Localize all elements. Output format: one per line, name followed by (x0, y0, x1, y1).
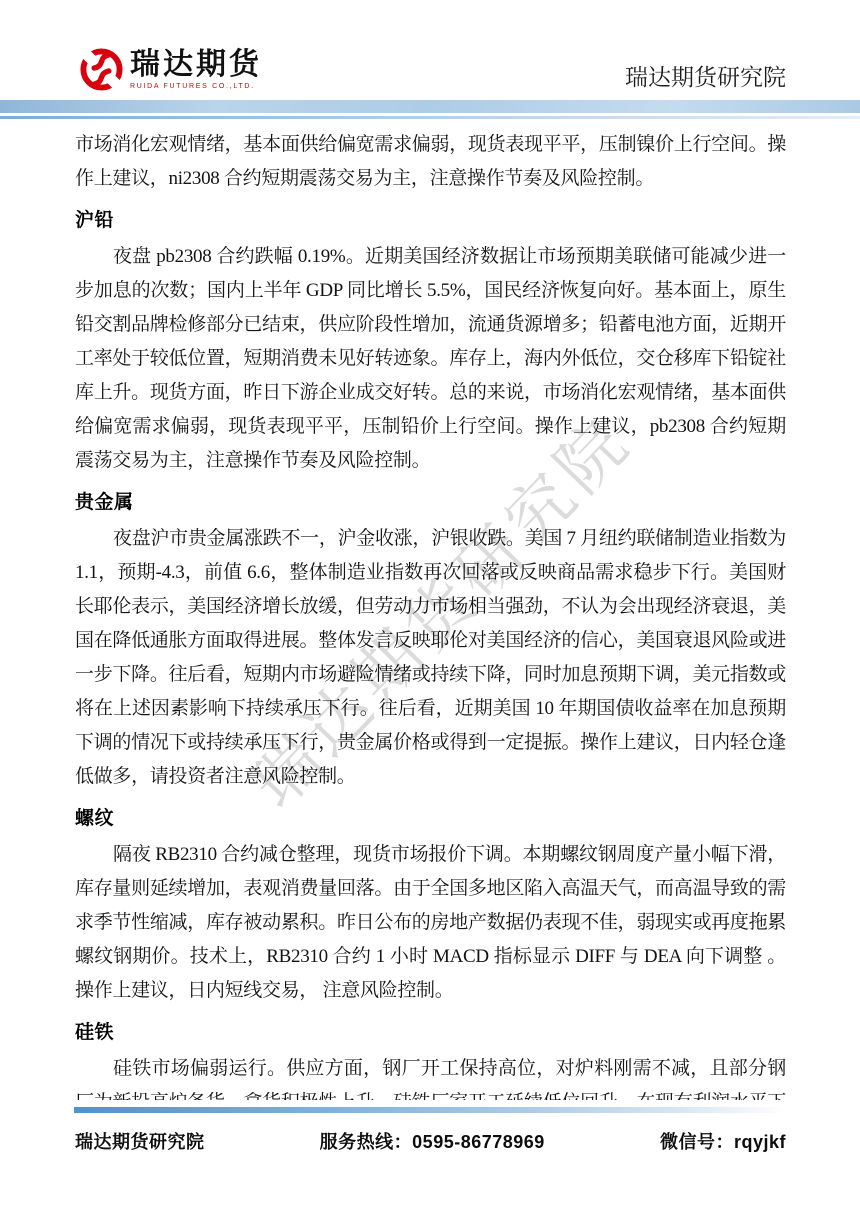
section-shanghai-lead: 沪铅 夜盘 pb2308 合约跌幅 0.19%。近期美国经济数据让市场预期美联储… (75, 207, 786, 478)
paragraph: 市场消化宏观情绪，基本面供给偏宽需求偏弱，现货表现平平，压制镍价上行空间。操作上… (75, 128, 786, 196)
ruida-futures-logo-icon (78, 46, 125, 93)
footer-hotline-label: 服务热线： (320, 1132, 413, 1152)
company-logo: 瑞达期货 RUIDA FUTURES CO.,LTD. (78, 46, 262, 93)
section-rebar: 螺纹 隔夜 RB2310 合约减仓整理，现货市场报价下调。本期螺纹钢周度产量小幅… (75, 805, 786, 1008)
footer-wechat-label: 微信号： (660, 1132, 734, 1152)
paragraph: 夜盘沪市贵金属涨跌不一，沪金收涨，沪银收跌。美国 7 月纽约联储制造业指数为 1… (75, 522, 786, 794)
footer-hotline: 服务热线：0595-86778969 (320, 1128, 545, 1154)
report-body: 市场消化宏观情绪，基本面供给偏宽需求偏弱，现货表现平平，压制镍价上行空间。操作上… (0, 119, 860, 1188)
footer-wechat: 微信号：rqyjkf (660, 1128, 786, 1154)
logo-company-subtitle: RUIDA FUTURES CO.,LTD. (130, 83, 262, 90)
footer-row: 瑞达期货研究院 服务热线：0595-86778969 微信号：rqyjkf (0, 1113, 860, 1154)
document-page: 瑞达期货 RUIDA FUTURES CO.,LTD. 瑞达期货研究院 瑞达期货… (0, 0, 860, 1217)
section-heading: 螺纹 (75, 805, 786, 833)
footer-wechat-id: rqyjkf (734, 1132, 786, 1152)
section-heading: 贵金属 (75, 489, 786, 517)
page-footer: 瑞达期货研究院 服务热线：0595-86778969 微信号：rqyjkf (0, 1100, 860, 1217)
header-divider-bar (0, 100, 860, 113)
paragraph: 隔夜 RB2310 合约减仓整理，现货市场报价下调。本期螺纹钢周度产量小幅下滑，… (75, 838, 786, 1008)
page-header: 瑞达期货 RUIDA FUTURES CO.,LTD. 瑞达期货研究院 (0, 0, 860, 95)
section-nickel-continuation: 市场消化宏观情绪，基本面供给偏宽需求偏弱，现货表现平平，压制镍价上行空间。操作上… (75, 128, 786, 196)
logo-company-name: 瑞达期货 (130, 49, 262, 81)
footer-institute: 瑞达期货研究院 (75, 1128, 205, 1154)
section-heading: 沪铅 (75, 207, 786, 235)
section-heading: 硅铁 (75, 1019, 786, 1047)
footer-hotline-number: 0595-86778969 (412, 1132, 545, 1152)
logo-text-block: 瑞达期货 RUIDA FUTURES CO.,LTD. (130, 49, 262, 90)
section-precious-metals: 贵金属 夜盘沪市贵金属涨跌不一，沪金收涨，沪银收跌。美国 7 月纽约联储制造业指… (75, 489, 786, 794)
header-institute-title: 瑞达期货研究院 (625, 59, 786, 93)
paragraph: 夜盘 pb2308 合约跌幅 0.19%。近期美国经济数据让市场预期美联储可能减… (75, 240, 786, 478)
